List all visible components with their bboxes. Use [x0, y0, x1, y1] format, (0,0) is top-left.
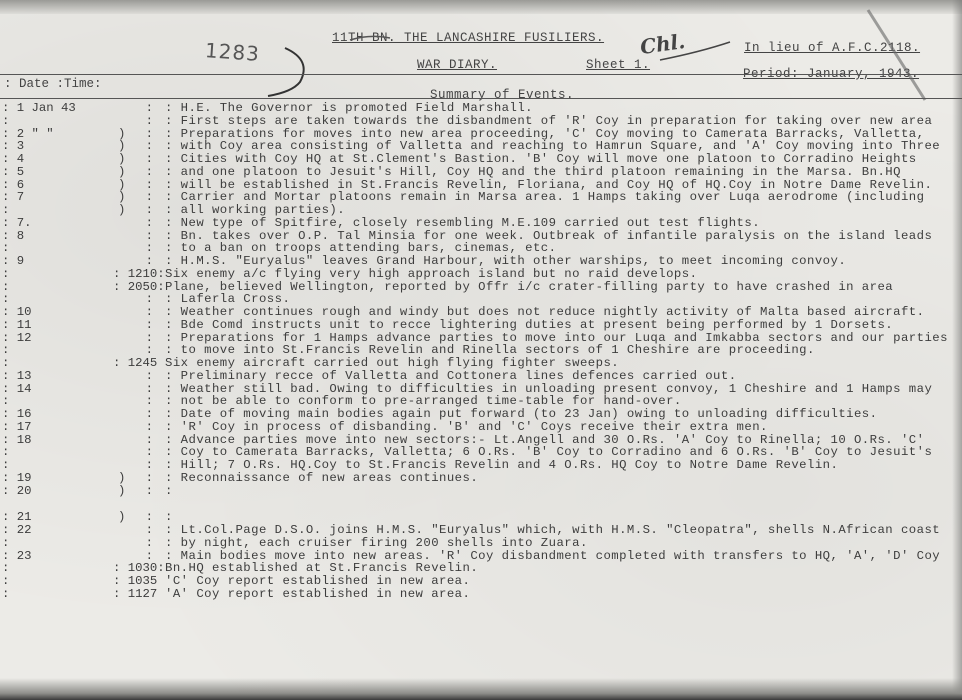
diary-entry: ::: to move into St.Francis Revelin and …	[0, 344, 962, 356]
form-reference: In lieu of A.F.C.2118.	[744, 41, 920, 55]
entry-date: :	[2, 562, 122, 574]
entry-date: : 23	[2, 550, 122, 562]
entry-time: :	[113, 434, 153, 446]
diary-entry: :: 2050:Plane, believed Wellington, repo…	[0, 281, 962, 293]
entry-date: : 11	[2, 319, 122, 331]
entry-date: : 14	[2, 383, 122, 395]
entry-time: :	[113, 537, 153, 549]
entry-text: : by night, each cruiser firing 200 shel…	[165, 537, 588, 549]
summary-heading: Summary of Events.	[430, 88, 574, 102]
entry-time: : 1210:	[113, 268, 153, 280]
entry-date: :	[2, 395, 122, 407]
entry-text: :	[165, 511, 173, 523]
entry-time: :	[113, 459, 153, 471]
entry-text: : Preliminary recce of Valletta and Cott…	[165, 370, 737, 382]
diary-entry: : 11:: Bde Comd instructs unit to recce …	[0, 319, 962, 331]
diary-entry: ::: not be able to conform to pre-arrang…	[0, 395, 962, 407]
diary-entry: : 19:): Reconnaissance of new areas cont…	[0, 472, 962, 484]
entry-date: : 17	[2, 421, 122, 433]
entry-time: :	[113, 395, 153, 407]
diary-entry: : 16:: Date of moving main bodies again …	[0, 408, 962, 420]
entry-text: : Hill; 7 O.Rs. HQ.Coy to St.Francis Rev…	[165, 459, 838, 471]
entry-time: : 1035	[113, 575, 153, 587]
entry-text: Plane, believed Wellington, reported by …	[165, 281, 893, 293]
entry-text: : Weather continues rough and windy but …	[165, 306, 924, 318]
diary-entry: ::: to a ban on troops attending bars, c…	[0, 242, 962, 254]
diary-entry: : 22:: Lt.Col.Page D.S.O. joins H.M.S. "…	[0, 524, 962, 536]
diary-entry: : 21:):	[0, 511, 962, 523]
entry-date: :	[2, 344, 122, 356]
entry-time: :	[113, 319, 153, 331]
entry-time: :	[113, 255, 153, 267]
entry-time: :	[113, 115, 153, 127]
entry-text: : Preparations for moves into new area p…	[165, 128, 924, 140]
entry-date: : 19	[2, 472, 122, 484]
entry-text: : Advance parties move into new sectors:…	[165, 434, 924, 446]
entry-time: :	[113, 306, 153, 318]
entry-time: :	[113, 383, 153, 395]
entry-date: :	[2, 115, 122, 127]
handwritten-reference-number: 1283	[204, 38, 260, 66]
entry-date: : 9	[2, 255, 122, 267]
diary-entry: : 12:: Preparations for 1 Hamps advance …	[0, 332, 962, 344]
diary-entry: : 2 " ":): Preparations for moves into n…	[0, 128, 962, 140]
entry-brace: )	[118, 472, 125, 484]
entry-date: : 20	[2, 485, 122, 497]
entry-date: : 7	[2, 191, 122, 203]
entry-time: :	[113, 242, 153, 254]
entry-brace: )	[118, 511, 125, 523]
entry-date: :	[2, 242, 122, 254]
entry-text: : will be established in St.Francis Reve…	[165, 179, 932, 191]
entry-text: : First steps are taken towards the disb…	[165, 115, 932, 127]
diary-entry: :: 1210:Six enemy a/c flying very high a…	[0, 268, 962, 280]
entry-date: :	[2, 575, 122, 587]
diary-entry: : 9:: H.M.S. "Euryalus" leaves Grand Har…	[0, 255, 962, 267]
entry-time: :	[113, 230, 153, 242]
entry-date: : 3	[2, 140, 122, 152]
war-diary-page: 11TH BN. THE LANCASHIRE FUSILIERS. WAR D…	[0, 0, 962, 700]
entry-text: : H.M.S. "Euryalus" leaves Grand Harbour…	[165, 255, 846, 267]
diary-entry: : 4:): Cities with Coy HQ at St.Clement'…	[0, 153, 962, 165]
diary-entry: : 7.:: New type of Spitfire, closely res…	[0, 217, 962, 229]
entry-time: :	[113, 446, 153, 458]
entry-brace: )	[118, 191, 125, 203]
entry-text: : Bn. takes over O.P. Tal Minsia for one…	[165, 230, 932, 242]
entry-date: : 5	[2, 166, 122, 178]
entry-date: : 13	[2, 370, 122, 382]
entry-text: : Date of moving main bodies again put f…	[165, 408, 877, 420]
diary-entry: : 7:): Carrier and Mortar platoons remai…	[0, 191, 962, 203]
diary-entry: : 6:): will be established in St.Francis…	[0, 179, 962, 191]
entry-time: :	[113, 421, 153, 433]
entry-date: :	[2, 293, 122, 305]
entry-date: :	[2, 588, 122, 600]
entry-brace: )	[118, 128, 125, 140]
diary-entry: : 3:): with Coy area consisting of Valle…	[0, 140, 962, 152]
entry-text: : Lt.Col.Page D.S.O. joins H.M.S. "Eurya…	[165, 524, 940, 536]
entry-date: : 16	[2, 408, 122, 420]
diary-entry: ::: by night, each cruiser firing 200 sh…	[0, 537, 962, 549]
entry-text: : Cities with Coy HQ at St.Clement's Bas…	[165, 153, 917, 165]
unit-title: 11TH BN. THE LANCASHIRE FUSILIERS.	[332, 31, 604, 45]
diary-entry: :: 1245Six enemy aircraft carried out hi…	[0, 357, 962, 369]
entry-text: : not be able to conform to pre-arranged…	[165, 395, 682, 407]
entry-text: : to move into St.Francis Revelin and Ri…	[165, 344, 815, 356]
entry-text: : Bde Comd instructs unit to recce light…	[165, 319, 893, 331]
diary-entry: ::: First steps are taken towards the di…	[0, 115, 962, 127]
entry-time: :	[113, 524, 153, 536]
diary-entry: ::: Hill; 7 O.Rs. HQ.Coy to St.Francis R…	[0, 459, 962, 471]
handwritten-signature: Chl.	[639, 29, 687, 59]
diary-entry: : 8:: Bn. takes over O.P. Tal Minsia for…	[0, 230, 962, 242]
entry-time: :	[113, 102, 153, 114]
diary-entry: : 23:: Main bodies move into new areas. …	[0, 550, 962, 562]
entry-text: Six enemy aircraft carried out high flyi…	[165, 357, 619, 369]
entry-brace: )	[118, 166, 125, 178]
entry-time: :	[113, 408, 153, 420]
entry-text: Bn.HQ established at St.Francis Revelin.	[165, 562, 478, 574]
sheet-number: Sheet 1.	[586, 58, 650, 72]
entry-date: :	[2, 357, 122, 369]
header-rule-bottom	[0, 98, 962, 99]
scan-bottom-edge	[0, 678, 962, 700]
entry-text: : Weather still bad. Owing to difficulti…	[165, 383, 932, 395]
entry-brace: )	[118, 153, 125, 165]
diary-entry: :: 1035'C' Coy report established in new…	[0, 575, 962, 587]
diary-entry: : 20:):	[0, 485, 962, 497]
entry-text: 'C' Coy report established in new area.	[165, 575, 470, 587]
entry-text: : to a ban on troops attending bars, cin…	[165, 242, 556, 254]
diary-entry: : 1 Jan 43:: H.E. The Governor is promot…	[0, 102, 962, 114]
entry-date: : 12	[2, 332, 122, 344]
entry-date: :	[2, 537, 122, 549]
entry-text: : Preparations for 1 Hamps advance parti…	[165, 332, 948, 344]
entry-brace: )	[118, 179, 125, 191]
entry-date: : 21	[2, 511, 122, 523]
entry-brace: )	[118, 204, 125, 216]
scan-top-edge	[0, 0, 962, 14]
entry-text: : Main bodies move into new areas. 'R' C…	[165, 550, 940, 562]
entry-time: : 1245	[113, 357, 153, 369]
entry-time: :	[113, 332, 153, 344]
diary-entry: : 13:: Preliminary recce of Valletta and…	[0, 370, 962, 382]
entry-text: : New type of Spitfire, closely resembli…	[165, 217, 760, 229]
entry-date: :	[2, 204, 122, 216]
entry-time: :	[113, 344, 153, 356]
entry-text: : Coy to Camerata Barracks, Valletta; 6 …	[165, 446, 932, 458]
diary-entry: ::): all working parties).	[0, 204, 962, 216]
entry-time: : 1030:	[113, 562, 153, 574]
entry-time: :	[113, 370, 153, 382]
entry-text: : all working parties).	[165, 204, 345, 216]
entry-brace: )	[118, 140, 125, 152]
entry-date: : 18	[2, 434, 122, 446]
diary-entry: ::: Coy to Camerata Barracks, Valletta; …	[0, 446, 962, 458]
entry-text: :	[165, 485, 173, 497]
diary-entry: ::: Laferla Cross.	[0, 293, 962, 305]
entry-date: : 2 " "	[2, 128, 122, 140]
entry-text: : Laferla Cross.	[165, 293, 290, 305]
diary-entry: : 14:: Weather still bad. Owing to diffi…	[0, 383, 962, 395]
entry-date: : 1 Jan 43	[2, 102, 122, 114]
entry-text: : Reconnaissance of new areas continues.	[165, 472, 478, 484]
diary-entry: : 18:: Advance parties move into new sec…	[0, 434, 962, 446]
diary-entry: : 17:: 'R' Coy in process of disbanding.…	[0, 421, 962, 433]
entry-time: : 1127	[113, 588, 153, 600]
entry-date: :	[2, 446, 122, 458]
entry-text: 'A' Coy report established in new area.	[165, 588, 470, 600]
entry-date: : 4	[2, 153, 122, 165]
diary-entry: : 5:): and one platoon to Jesuit's Hill,…	[0, 166, 962, 178]
entry-date: :	[2, 281, 122, 293]
entry-time: :	[113, 293, 153, 305]
entry-date: : 10	[2, 306, 122, 318]
entry-date: : 6	[2, 179, 122, 191]
diary-entry: : 10:: Weather continues rough and windy…	[0, 306, 962, 318]
header-rule-top	[0, 74, 962, 75]
entry-time: : 2050:	[113, 281, 153, 293]
entry-brace: )	[118, 485, 125, 497]
diary-entry: :: 1127'A' Coy report established in new…	[0, 588, 962, 600]
entry-date: : 7.	[2, 217, 122, 229]
entry-text: : Carrier and Mortar platoons remain in …	[165, 191, 924, 203]
diary-title: WAR DIARY.	[417, 58, 497, 72]
entry-text: : 'R' Coy in process of disbanding. 'B' …	[165, 421, 768, 433]
entry-text: Six enemy a/c flying very high approach …	[165, 268, 697, 280]
entry-date: :	[2, 459, 122, 471]
entry-text: : and one platoon to Jesuit's Hill, Coy …	[165, 166, 901, 178]
column-headers: : Date :Time:	[4, 77, 102, 91]
entry-time: :	[113, 217, 153, 229]
entry-time: :	[113, 550, 153, 562]
entry-text: : H.E. The Governor is promoted Field Ma…	[165, 102, 533, 114]
entry-date: : 8	[2, 230, 122, 242]
entry-date: : 22	[2, 524, 122, 536]
diary-entry: :: 1030:Bn.HQ established at St.Francis …	[0, 562, 962, 574]
entry-date: :	[2, 268, 122, 280]
entry-text: : with Coy area consisting of Valletta a…	[165, 140, 940, 152]
